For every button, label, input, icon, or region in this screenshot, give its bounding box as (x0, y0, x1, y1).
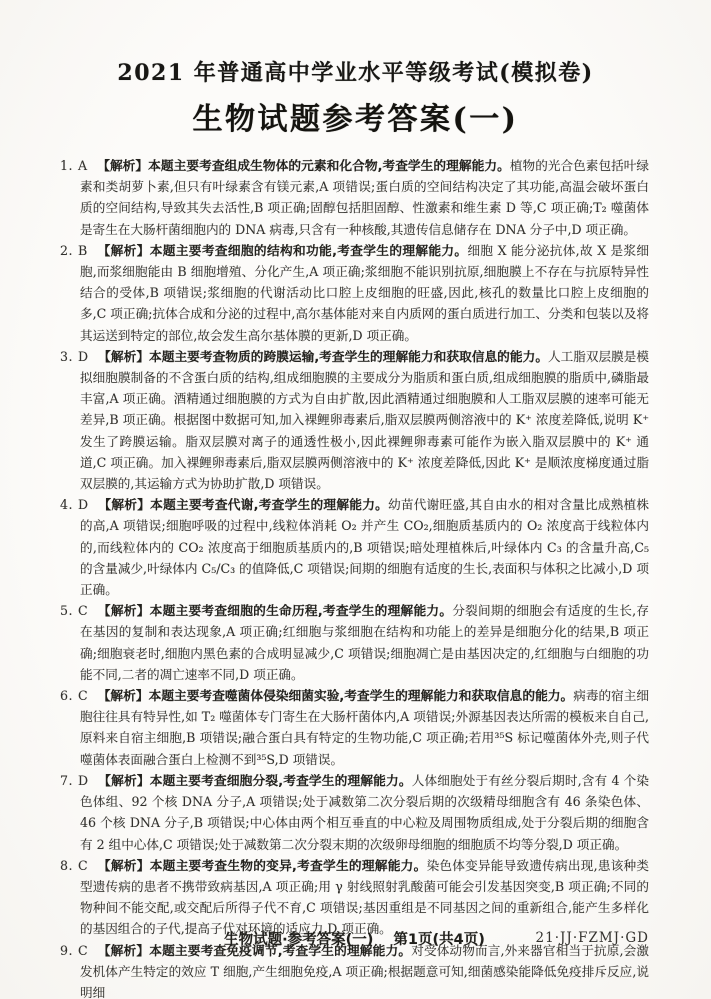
answer-letter: D (78, 497, 88, 512)
page-footer: 生物试题·参考答案(一)第1页(共4页) 21·JJ·FZMJ·GD (60, 928, 649, 949)
question-number: 1. (60, 158, 73, 173)
exam-title: 2021 年普通高中学业水平等级考试(模拟卷) (0, 0, 711, 87)
analysis-lead: 【解析】本题主要考查细胞的生命历程,考查学生的理解能力。 (98, 603, 453, 618)
answer-item: 5.C【解析】本题主要考查细胞的生命历程,考查学生的理解能力。分裂间期的细胞会有… (60, 600, 649, 685)
answer-item: 3.D【解析】本题主要考查物质的跨膜运输,考查学生的理解能力和获取信息的能力。人… (60, 346, 649, 494)
answer-letter: B (78, 243, 87, 258)
answer-key-title: 生物试题参考答案(一) (0, 94, 711, 138)
analysis-lead: 【解析】本题主要考查代谢,考查学生的理解能力。 (98, 497, 388, 512)
question-number: 6. (60, 688, 73, 703)
footer-exam-code: 21·JJ·FZMJ·GD (536, 930, 649, 946)
analysis-lead: 【解析】本题主要考查物质的跨膜运输,考查学生的理解能力和获取信息的能力。 (98, 349, 548, 364)
exam-answer-page: 2021 年普通高中学业水平等级考试(模拟卷) 生物试题参考答案(一) 1.A【… (0, 0, 711, 999)
question-number: 7. (60, 773, 73, 788)
footer-page-number: 第1页(共4页) (393, 932, 484, 948)
analysis-lead: 【解析】本题主要考查细胞分裂,考查学生的理解能力。 (98, 773, 412, 788)
answer-item: 7.D【解析】本题主要考查细胞分裂,考查学生的理解能力。人体细胞处于有丝分裂后期… (60, 770, 649, 855)
answer-explanation-list: 1.A【解析】本题主要考查组成生物体的元素和化合物,考查学生的理解能力。植物的光… (0, 155, 711, 999)
footer-doc-title: 生物试题·参考答案(一) (224, 932, 373, 948)
answer-item: 4.D【解析】本题主要考查代谢,考查学生的理解能力。幼苗代谢旺盛,其自由水的相对… (60, 494, 649, 600)
answer-letter: A (78, 158, 87, 173)
analysis-lead: 【解析】本题主要考查细胞的结构和功能,考查学生的理解能力。 (97, 243, 467, 258)
answer-item: 2.B【解析】本题主要考查细胞的结构和功能,考查学生的理解能力。细胞 X 能分泌… (60, 240, 649, 346)
answer-item: 6.C【解析】本题主要考查噬菌体侵染细菌实验,考查学生的理解能力和获取信息的能力… (60, 685, 649, 770)
answer-letter: C (78, 858, 88, 873)
answer-item: 8.C【解析】本题主要考查生物的变异,考查学生的理解能力。染色体变异能导致遗传病… (60, 855, 649, 940)
question-number: 4. (60, 497, 73, 512)
answer-letter: D (78, 773, 88, 788)
answer-letter: D (78, 349, 88, 364)
question-number: 8. (60, 858, 73, 873)
answer-letter: C (78, 603, 88, 618)
analysis-lead: 【解析】本题主要考查生物的变异,考查学生的理解能力。 (98, 858, 427, 873)
question-number: 5. (60, 603, 73, 618)
question-number: 3. (60, 349, 73, 364)
analysis-text: 人工脂双层膜是模拟细胞膜制备的不含蛋白质的结构,组成细胞膜的主要成分为脂质和蛋白… (80, 349, 649, 491)
answer-letter: C (78, 688, 88, 703)
analysis-lead: 【解析】本题主要考查噬菌体侵染细菌实验,考查学生的理解能力和获取信息的能力。 (98, 688, 574, 703)
question-number: 2. (60, 243, 73, 258)
analysis-lead: 【解析】本题主要考查组成生物体的元素和化合物,考查学生的理解能力。 (97, 158, 510, 173)
answer-item: 1.A【解析】本题主要考查组成生物体的元素和化合物,考查学生的理解能力。植物的光… (60, 155, 649, 240)
page-header: 2021 年普通高中学业水平等级考试(模拟卷) 生物试题参考答案(一) (0, 0, 711, 138)
